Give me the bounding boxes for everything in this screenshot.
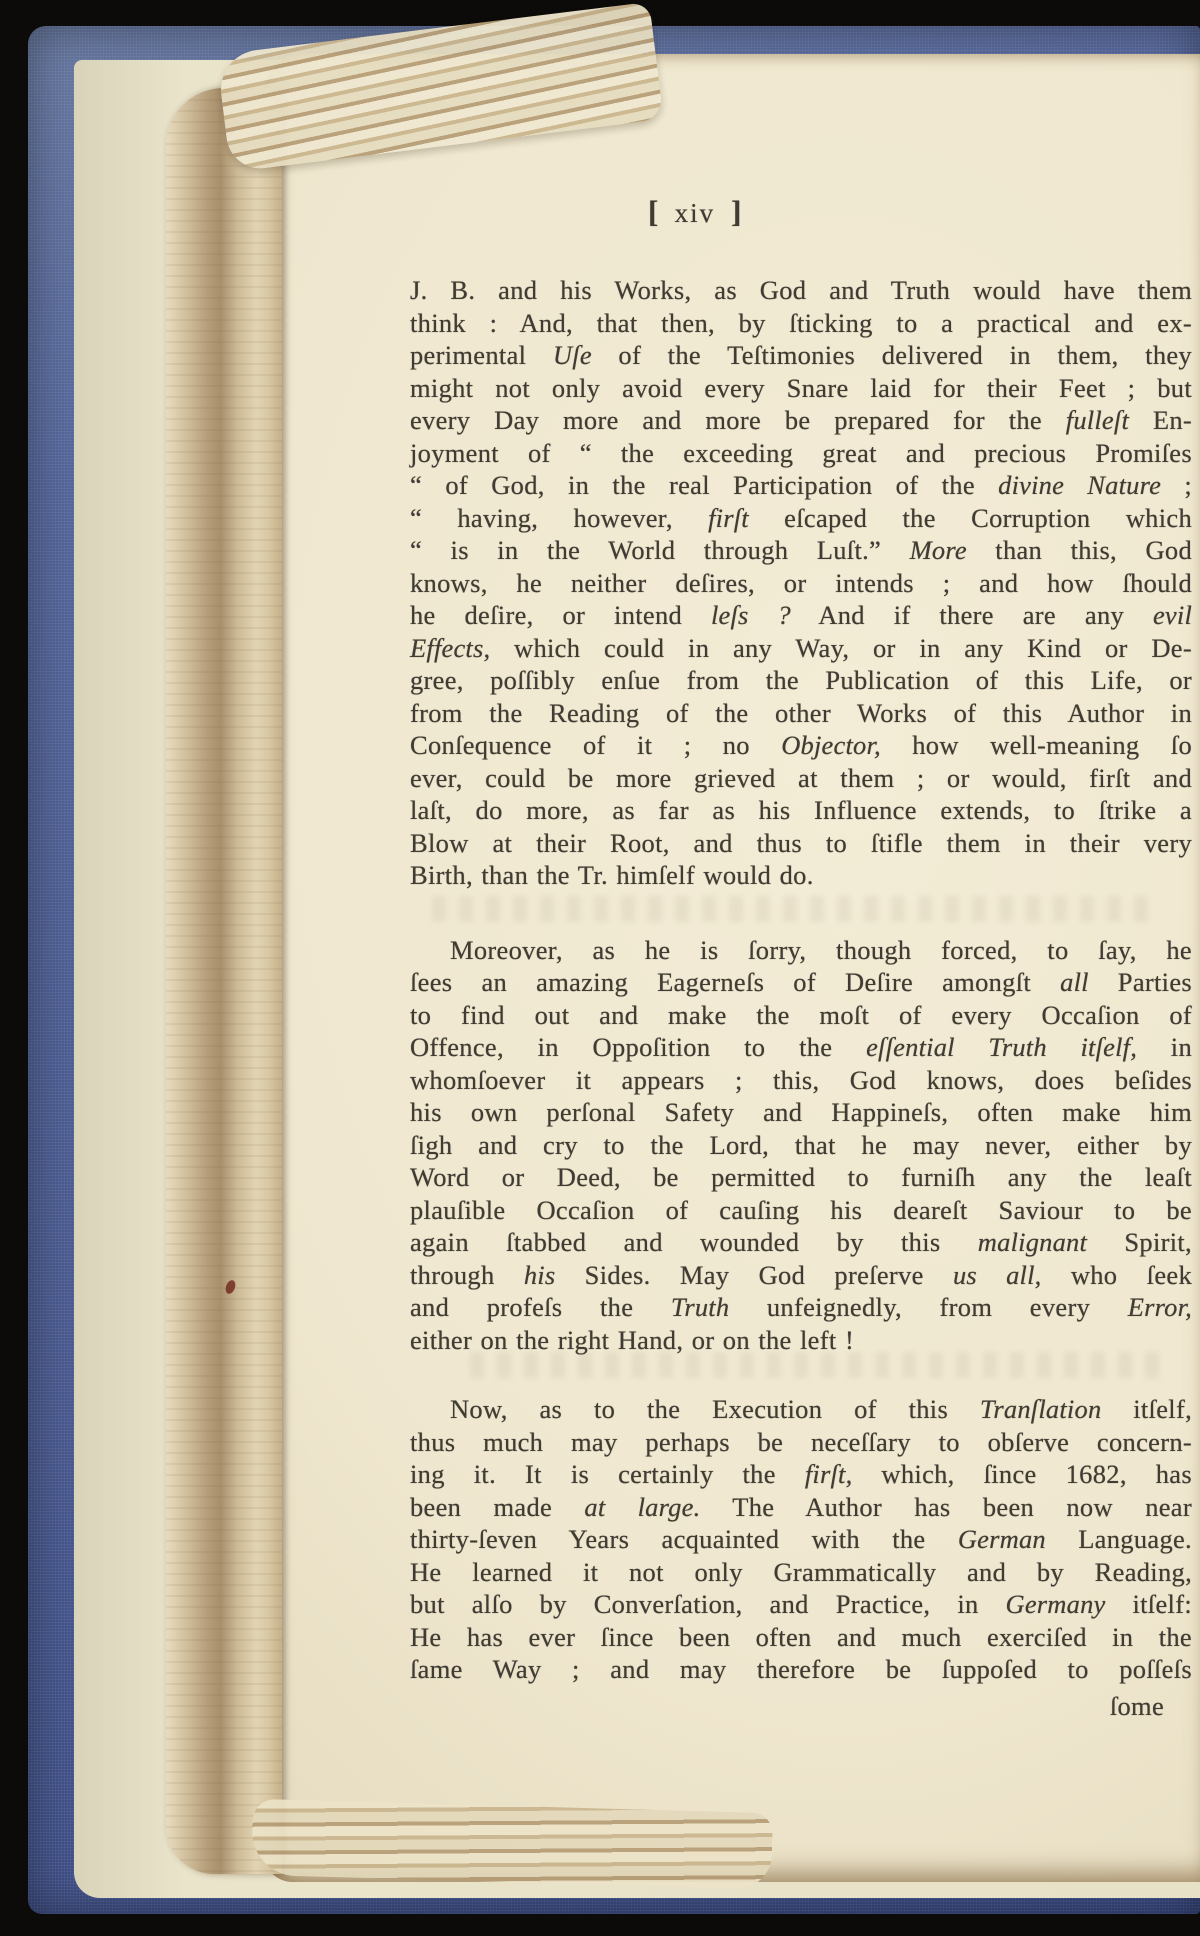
italic-text: Tranſlation xyxy=(980,1394,1102,1424)
italic-text: malignant xyxy=(978,1227,1087,1257)
text-segment: eſcaped the Corruption which xyxy=(749,503,1192,533)
text-segment: every Day more and more be prepared for … xyxy=(410,405,1066,435)
text-segment: “ having, however, xyxy=(410,503,708,533)
close-bracket: ] xyxy=(731,194,742,229)
text-line: Offence, in Oppoſition to the eſſential … xyxy=(410,1031,1192,1064)
paragraphs: J. B. and his Works, as God and Truth wo… xyxy=(410,274,1192,1686)
text-segment: from the Reading of the other Works of t… xyxy=(410,698,1192,728)
text-segment: Offence, in Oppoſition to the xyxy=(410,1032,866,1062)
text-segment: Birth, than the Tr. himſelf would do. xyxy=(410,860,814,890)
text-line: and profeſs the Truth unfeignedly, from … xyxy=(410,1291,1192,1324)
text-segment: through xyxy=(410,1260,524,1290)
paragraph: Moreover, as he is ſorry, though forced,… xyxy=(410,934,1192,1357)
paragraph: Now, as to the Execution of this Tranſla… xyxy=(410,1393,1192,1686)
text-segment: whomſoever it appears ; this, God knows,… xyxy=(410,1065,1192,1095)
text-segment: Word or Deed, be permitted to furniſh an… xyxy=(410,1162,1192,1192)
text-segment: Parties xyxy=(1089,967,1192,997)
text-line: every Day more and more be prepared for … xyxy=(410,404,1192,437)
show-through-text xyxy=(432,896,1158,922)
text-segment: think : And, that then, by ſticking to a… xyxy=(410,308,1192,338)
text-line: gree, poſſibly enſue from the Publicatio… xyxy=(410,664,1192,697)
text-line: “ is in the World through Luſt.” More th… xyxy=(410,534,1192,567)
text-segment: thirty-ſeven Years acquainted with the xyxy=(410,1524,958,1554)
text-segment: been made xyxy=(410,1492,584,1522)
italic-text: leſs ? xyxy=(711,600,791,630)
text-line: joyment of “ the exceeding great and pre… xyxy=(410,437,1192,470)
text-line: Blow at their Root, and thus to ſtifle t… xyxy=(410,827,1192,860)
italic-text: evil xyxy=(1153,600,1192,630)
book-page: [xiv] J. B. and his Works, as God and Tr… xyxy=(263,54,1200,1882)
text-line: Now, as to the Execution of this Tranſla… xyxy=(410,1393,1192,1426)
text-segment: The Author has been now near xyxy=(700,1492,1192,1522)
text-segment: And if there are any xyxy=(791,600,1153,630)
text-segment: perimental xyxy=(410,340,553,370)
text-segment: Blow at their Root, and thus to ſtifle t… xyxy=(410,828,1192,858)
text-line: Moreover, as he is ſorry, though forced,… xyxy=(410,934,1192,967)
text-line: again ſtabbed and wounded by this malign… xyxy=(410,1226,1192,1259)
text-segment: unfeignedly, from every xyxy=(729,1292,1127,1322)
catchword: ſome xyxy=(410,1690,1192,1723)
text-segment: ever, could be more grieved at them ; or… xyxy=(410,763,1192,793)
text-line: ſame Way ; and may therefore be ſuppoſed… xyxy=(410,1653,1192,1686)
text-segment: plauſible Occaſion of cauſing his deareſ… xyxy=(410,1195,1192,1225)
italic-text: fulleſt xyxy=(1066,405,1129,435)
text-segment: but alſo by Converſation, and Practice, … xyxy=(410,1589,1006,1619)
text-line: J. B. and his Works, as God and Truth wo… xyxy=(410,274,1192,307)
text-line: knows, he neither deſires, or intends ; … xyxy=(410,567,1192,600)
text-segment: Language. xyxy=(1046,1524,1192,1554)
text-segment: ſame Way ; and may therefore be ſuppoſed… xyxy=(410,1654,1192,1684)
text-line: from the Reading of the other Works of t… xyxy=(410,697,1192,730)
italic-text: Uſe xyxy=(553,340,592,370)
text-segment: Sides. May God preſerve xyxy=(555,1260,953,1290)
italic-text: his xyxy=(524,1260,556,1290)
text-line: ſigh and cry to the Lord, that he may ne… xyxy=(410,1129,1192,1162)
text-segment: Moreover, as he is ſorry, though forced,… xyxy=(450,935,1192,965)
text-line: ſees an amazing Eagerneſs of Deſire amon… xyxy=(410,966,1192,999)
text-segment: which could in any Way, or in any Kind o… xyxy=(490,633,1192,663)
text-line: thirty-ſeven Years acquainted with the G… xyxy=(410,1523,1192,1556)
italic-text: eſſential Truth itſelf, xyxy=(866,1032,1137,1062)
text-line: through his Sides. May God preſerve us a… xyxy=(410,1259,1192,1292)
text-segment: itſelf: xyxy=(1106,1589,1192,1619)
text-line: thus much may perhaps be neceſſary to ob… xyxy=(410,1426,1192,1459)
text-line: He has ever ſince been often and much ex… xyxy=(410,1621,1192,1654)
text-line: but alſo by Converſation, and Practice, … xyxy=(410,1588,1192,1621)
text-segment: ſigh and cry to the Lord, that he may ne… xyxy=(410,1130,1192,1160)
text-segment: laſt, do more, as far as his Influence e… xyxy=(410,795,1192,825)
photograph-background: [xiv] J. B. and his Works, as God and Tr… xyxy=(0,0,1200,1936)
italic-text: Truth xyxy=(671,1292,729,1322)
text-segment: ing it. It is certainly the xyxy=(410,1459,805,1489)
text-segment: itſelf, xyxy=(1101,1394,1192,1424)
text-segment: either on the right Hand, or on the left… xyxy=(410,1325,854,1355)
text-segment: his own perſonal Safety and Happineſs, o… xyxy=(410,1097,1192,1127)
text-segment: He has ever ſince been often and much ex… xyxy=(410,1622,1192,1652)
text-segment: En- xyxy=(1129,405,1192,435)
text-line: laſt, do more, as far as his Influence e… xyxy=(410,794,1192,827)
text-line: might not only avoid every Snare laid fo… xyxy=(410,372,1192,405)
text-segment: knows, he neither deſires, or intends ; … xyxy=(410,568,1192,598)
text-line: plauſible Occaſion of cauſing his deareſ… xyxy=(410,1194,1192,1227)
text-segment: ; xyxy=(1161,470,1192,500)
text-segment: thus much may perhaps be neceſſary to ob… xyxy=(410,1427,1192,1457)
italic-text: firſt, xyxy=(805,1459,853,1489)
text-segment: “ is in the World through Luſt.” xyxy=(410,535,910,565)
italic-text: Germany xyxy=(1006,1589,1106,1619)
page-edges-bottom xyxy=(251,1799,773,1889)
text-line: ing it. It is certainly the firſt, which… xyxy=(410,1458,1192,1491)
open-bracket: [ xyxy=(648,194,659,229)
text-segment: than this, God xyxy=(967,535,1192,565)
italic-text: German xyxy=(958,1524,1046,1554)
text-segment: He learned it not only Grammatically and… xyxy=(410,1557,1192,1587)
text-line: his own perſonal Safety and Happineſs, o… xyxy=(410,1096,1192,1129)
paragraph: J. B. and his Works, as God and Truth wo… xyxy=(410,274,1192,892)
text-segment: ſees an amazing Eagerneſs of Deſire amon… xyxy=(410,967,1060,997)
text-segment: which, ſince 1682, has xyxy=(852,1459,1192,1489)
text-segment: he deſire, or intend xyxy=(410,600,711,630)
italic-text: Error, xyxy=(1128,1292,1192,1322)
text-segment: Conſequence of it ; no xyxy=(410,730,781,760)
italic-text: at large. xyxy=(584,1492,700,1522)
italic-text: all xyxy=(1060,967,1089,997)
italic-text: us all, xyxy=(953,1260,1042,1290)
page-header: [xiv] xyxy=(648,196,742,230)
italic-text: More xyxy=(910,535,967,565)
text-segment: “ of God, in the real Participation of t… xyxy=(410,470,998,500)
text-segment: how well-meaning ſo xyxy=(881,730,1192,760)
text-line: think : And, that then, by ſticking to a… xyxy=(410,307,1192,340)
text-line: Word or Deed, be permitted to furniſh an… xyxy=(410,1161,1192,1194)
text-segment: of the Teſtimonies delivered in them, th… xyxy=(592,340,1192,370)
text-line: perimental Uſe of the Teſtimonies delive… xyxy=(410,339,1192,372)
italic-text: Effects, xyxy=(410,633,490,663)
italic-text: Objector, xyxy=(781,730,881,760)
page-number: xiv xyxy=(675,198,716,228)
text-line: Conſequence of it ; no Objector, how wel… xyxy=(410,729,1192,762)
text-segment: J. B. and his Works, as God and Truth wo… xyxy=(410,275,1192,305)
text-line: “ having, however, firſt eſcaped the Cor… xyxy=(410,502,1192,535)
text-line: ever, could be more grieved at them ; or… xyxy=(410,762,1192,795)
text-line: He learned it not only Grammatically and… xyxy=(410,1556,1192,1589)
text-line: to find out and make the moſt of every O… xyxy=(410,999,1192,1032)
text-segment: gree, poſſibly enſue from the Publicatio… xyxy=(410,665,1192,695)
text-line: “ of God, in the real Participation of t… xyxy=(410,469,1192,502)
text-segment: joyment of “ the exceeding great and pre… xyxy=(410,438,1192,468)
text-line: Effects, which could in any Way, or in a… xyxy=(410,632,1192,665)
italic-text: divine Nature xyxy=(998,470,1161,500)
text-segment: who ſeek xyxy=(1042,1260,1192,1290)
text-segment: and profeſs the xyxy=(410,1292,671,1322)
text-line: he deſire, or intend leſs ? And if there… xyxy=(410,599,1192,632)
text-segment: in xyxy=(1137,1032,1192,1062)
text-segment: Now, as to the Execution of this xyxy=(450,1394,980,1424)
italic-text: firſt xyxy=(708,503,749,533)
text-line: Birth, than the Tr. himſelf would do. xyxy=(410,859,1192,892)
text-segment: to find out and make the moſt of every O… xyxy=(410,1000,1192,1030)
text-segment: again ſtabbed and wounded by this xyxy=(410,1227,978,1257)
page-edges-left xyxy=(166,88,282,1874)
text-line: whomſoever it appears ; this, God knows,… xyxy=(410,1064,1192,1097)
text-segment: Spirit, xyxy=(1087,1227,1192,1257)
text-line: been made at large. The Author has been … xyxy=(410,1491,1192,1524)
text-segment: might not only avoid every Snare laid fo… xyxy=(410,373,1192,403)
show-through-text xyxy=(470,1352,1160,1378)
